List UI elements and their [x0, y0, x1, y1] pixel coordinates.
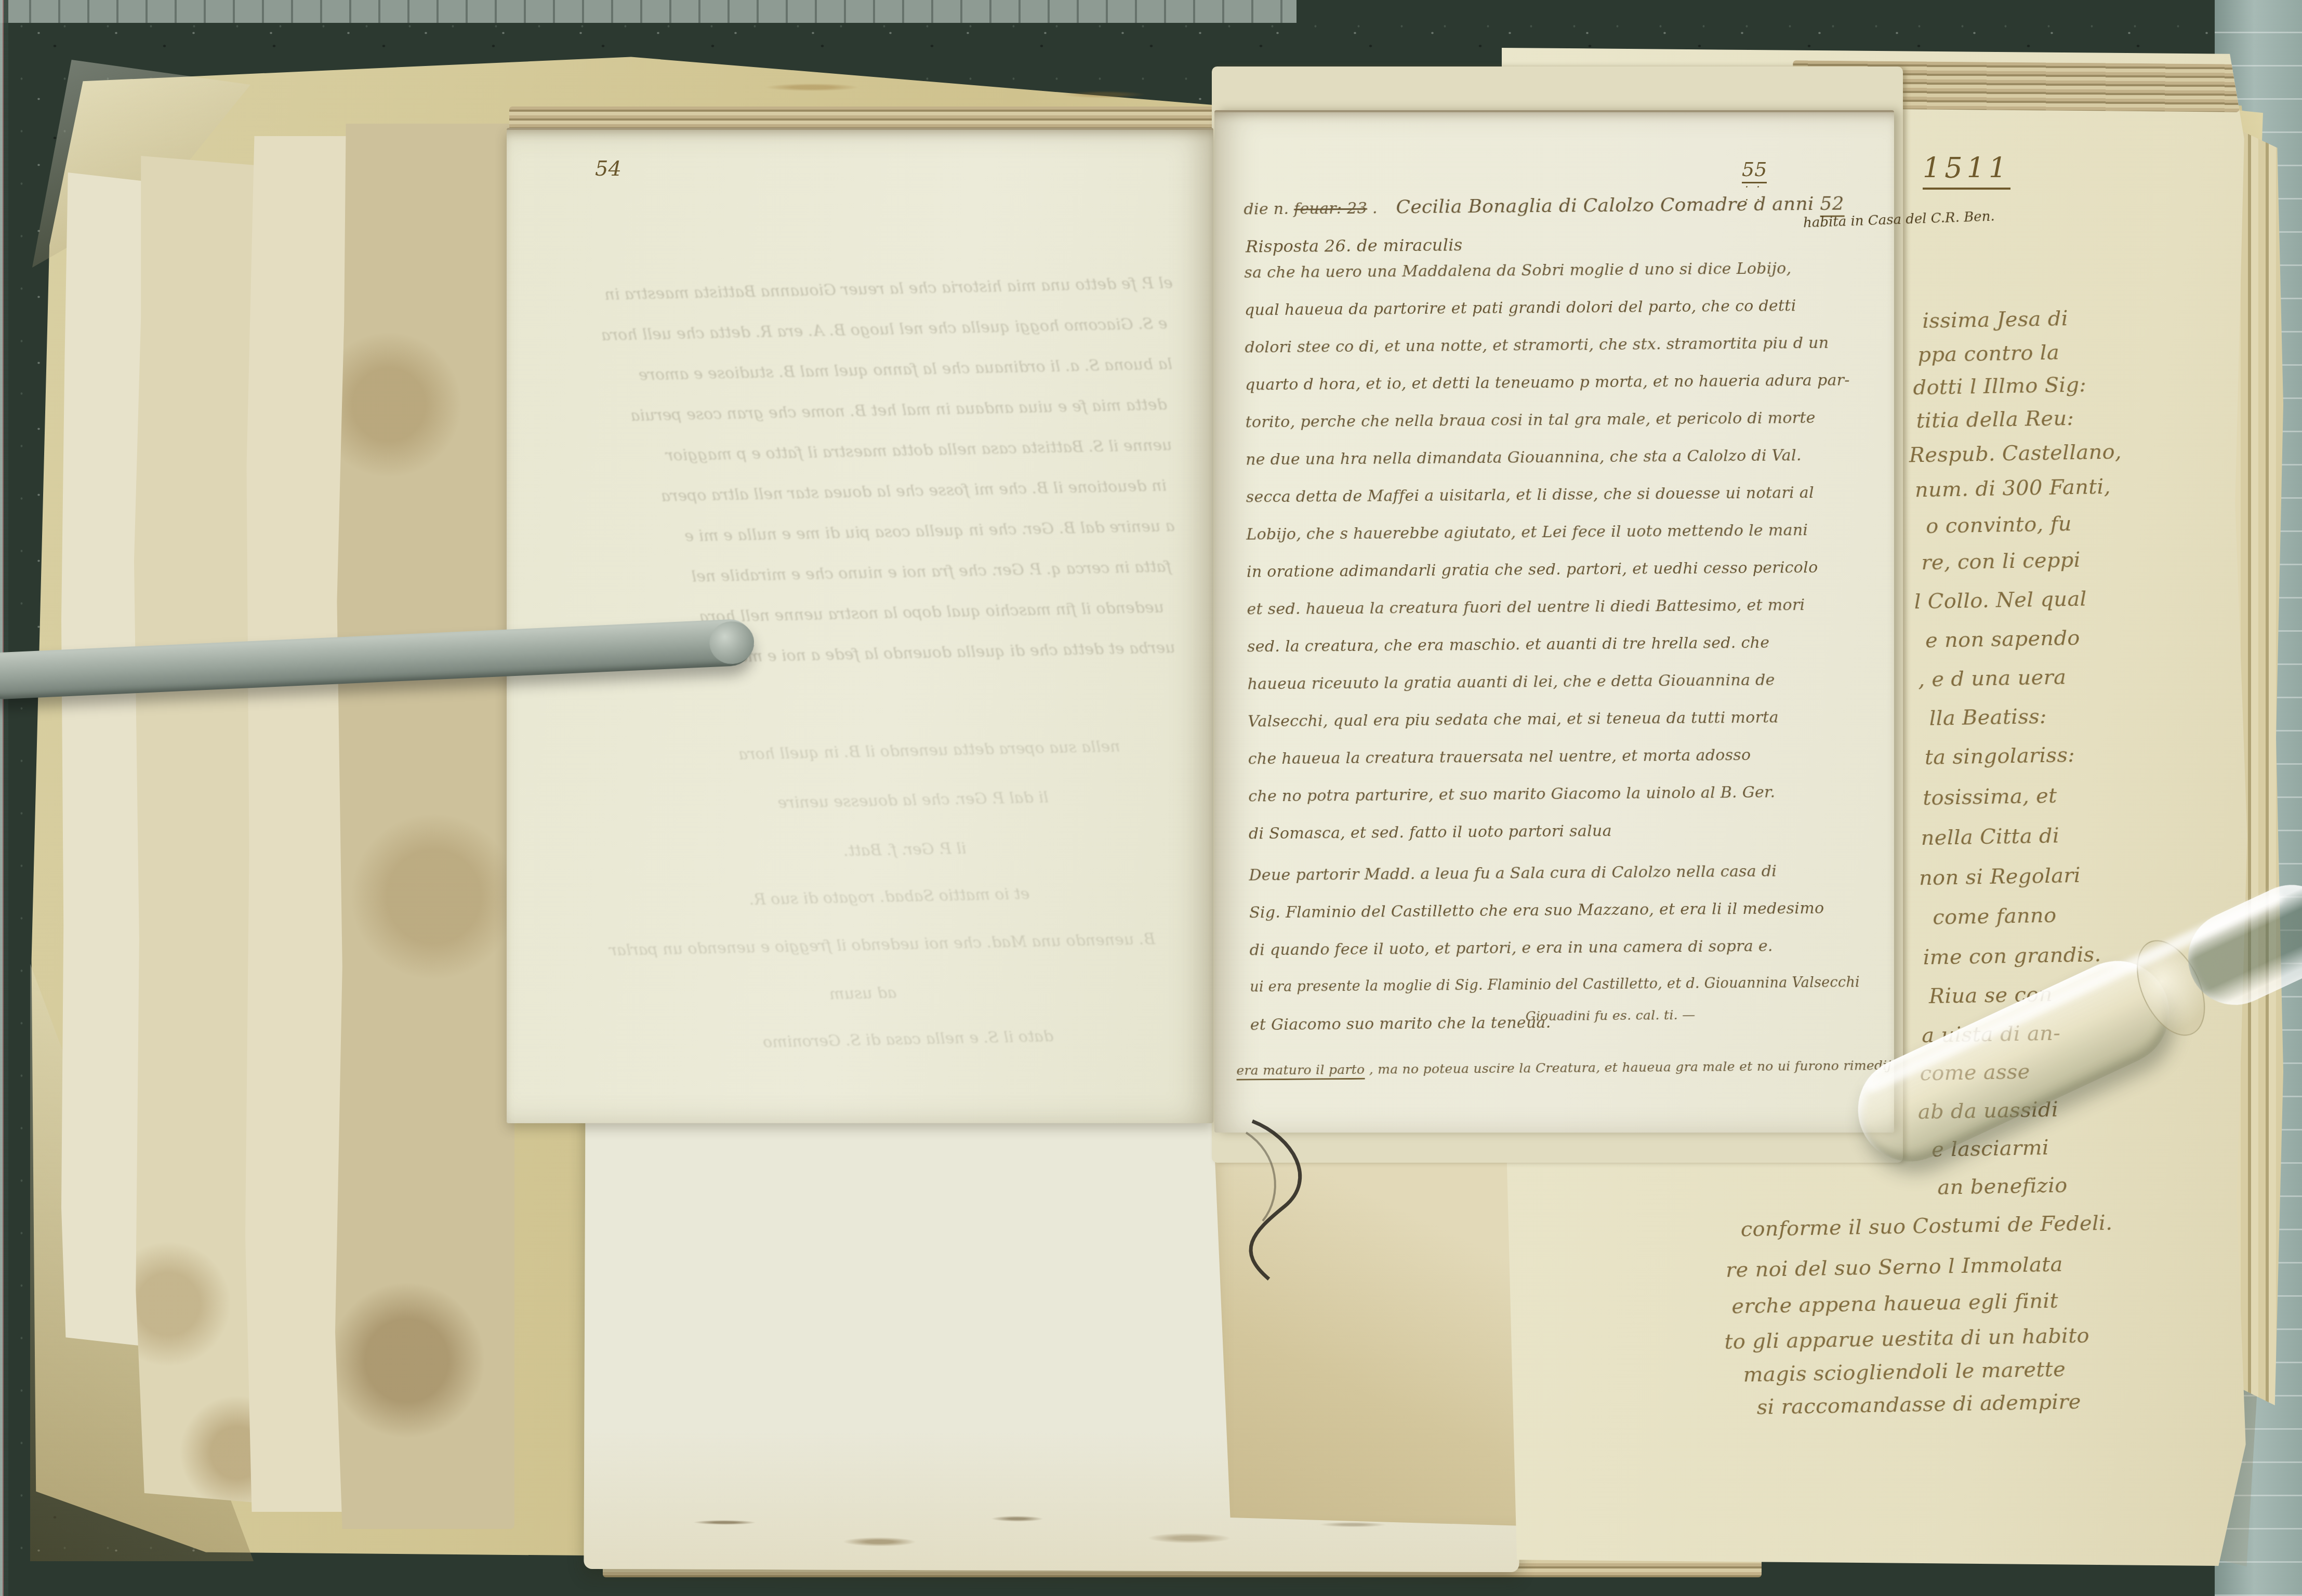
text-line: Sig. Flaminio del Castilletto che era su…	[1249, 901, 1824, 921]
page-number-55-wrap: 55 · · · ·	[1742, 158, 1767, 181]
ghost-line: nella sua opera detta uenendo il B. in q…	[738, 738, 1120, 764]
letter-line: magis sciogliendoli le marette	[1743, 1359, 2066, 1385]
ghost-line: e S. Giacomo hoggi quella che nel luogo …	[601, 314, 1168, 344]
text-line: torito, perche che nella braua cosi in t…	[1246, 410, 1816, 431]
page-number-55: 55	[1742, 158, 1767, 183]
bleedthrough-text: el P. fe detto una mia historia che la r…	[528, 274, 1192, 1202]
page-stack-leaf-4	[335, 124, 514, 1529]
letter-line: dotti l Illmo Sig:	[1913, 374, 2086, 398]
text-line: sa che ha uero una Maddalena da Sobri mo…	[1244, 261, 1791, 281]
letter-line: re, con li ceppi	[1921, 550, 2081, 573]
letter-line: conforme il suo Costumi de Fedeli.	[1740, 1213, 2112, 1240]
text-line: et Giacomo suo marito che la teneua.	[1250, 1015, 1551, 1033]
letter-line: ppa contro la	[1917, 342, 2059, 365]
folio-number: 1511	[1923, 152, 2010, 190]
letter-line: an benefizio	[1937, 1175, 2068, 1198]
letter-line: e non sapendo	[1925, 628, 2080, 651]
text-line: Deue partorir Madd. a leua fu a Sala cur…	[1249, 864, 1777, 884]
ghost-line: a uenire dal B. Ger. che in quella cosa …	[684, 517, 1175, 546]
letter-line: lla Beatiss:	[1929, 706, 2047, 729]
letter-line: erche appena haueua egli finit	[1731, 1291, 2058, 1317]
footer-underlined: era maturo il parto	[1236, 1062, 1365, 1081]
text-line: haueua riceuuto la gratia auanti di lei,…	[1248, 673, 1775, 693]
text-line: qual haueua da partorire et pati grandi …	[1245, 298, 1796, 318]
witness-name: Cecilia Bonaglia di Calolzo Comadre d an…	[1396, 193, 1820, 218]
ghost-line: uenne il S. Battista casa nella dotta ma…	[666, 436, 1172, 464]
ghost-line: fatta in cerca q. P. Ger. che fra noi e …	[691, 557, 1171, 586]
ghost-line: la buona S. a. li ordinaua che la fanno …	[638, 355, 1172, 384]
text-line: secca detta de Maffei a uisitarla, et li…	[1246, 485, 1814, 506]
cradle-strip-top	[0, 0, 1296, 23]
text-line: di quando fece il uoto, et partori, e er…	[1250, 939, 1773, 959]
letter-line: tosissima, et	[1923, 786, 2057, 808]
text-line: Lobijo, che s hauerebbe agiutato, et Lei…	[1246, 523, 1808, 542]
ghost-line: uerba et detta che di quella douendo la …	[733, 639, 1175, 666]
ghost-line: dato il S. e nella casa di S. Geronimo	[763, 1027, 1054, 1052]
side-note: Giouadini fu es. cal. ti. —	[1526, 1008, 1696, 1023]
letter-line: ta singolariss:	[1925, 744, 2075, 768]
footer-rest: , ma no poteua uscire la Creatura, et ha…	[1369, 1058, 1891, 1077]
letter-line: come fanno	[1933, 905, 2057, 928]
letter-line: re noi del suo Serno l Immolata	[1726, 1254, 2063, 1281]
text-line: in oratione adimandarli gratia che sed. …	[1247, 560, 1818, 580]
cradle-strip-left	[0, 0, 8, 1596]
text-line: ui era presente la moglie di Sig. Flamin…	[1250, 975, 1860, 994]
letter-line: l Collo. Nel qual	[1914, 589, 2087, 613]
letter-line: si raccomandasse di adempire	[1756, 1391, 2081, 1418]
ghost-line: ad usum	[829, 984, 897, 1004]
ghost-line: in deuotione il B. che mi fosse che la d…	[661, 477, 1167, 506]
page-number-54: 54	[595, 157, 621, 181]
ghost-line: el P. fe detto una mia historia che la r…	[604, 274, 1173, 304]
text-line: che haueua la creatura trauersata nel ue…	[1248, 748, 1751, 767]
text-line: quarto d hora, et io, et detti la teneua…	[1245, 373, 1850, 393]
ghost-line: detta mia fe e uiua andaua in mal het B.…	[630, 395, 1167, 425]
page-edges-top-left	[509, 107, 1213, 130]
letter-line: ime con grandis.	[1923, 944, 2101, 968]
ghost-line: uedendo il fin maschio qual dopo la nost…	[699, 598, 1164, 627]
entry-header: die n. feuar: 23 . Cecilia Bonaglia di C…	[1243, 194, 1844, 218]
header-struck: feuar: 23	[1294, 199, 1367, 218]
letter-line: issima Jesa di	[1922, 308, 2068, 331]
manuscript-photo: 1511 issima Jesa di ppa contro la dotti …	[0, 0, 2302, 1596]
footer-line: era maturo il parto , ma no poteua uscir…	[1236, 1059, 1891, 1077]
text-line: sed. la creatura, che era maschio. et au…	[1247, 635, 1769, 655]
letter-line: nella Citta di	[1921, 826, 2059, 849]
text-line: che no potra parturire, et suo marito Gi…	[1248, 785, 1775, 805]
letter-line: Respub. Castellano,	[1909, 441, 2122, 465]
ghost-line: et io mattio Sabad. rogato di suo R.	[749, 885, 1030, 909]
letter-line: o convinto, fu	[1926, 513, 2072, 537]
binding-thread	[1221, 1117, 1377, 1288]
letter-line: titia della Reu:	[1916, 408, 2074, 431]
text-line: di Somasca, et sed. fatto il uoto partor…	[1249, 823, 1612, 842]
article-subheader: Risposta 26. de miraculis	[1246, 236, 1463, 255]
text-line: ne due una hra nella dimandata Giouannin…	[1246, 448, 1802, 468]
ghost-line: li dal P. Ger. che la douesse uenire	[777, 788, 1049, 812]
letter-line: non si Regolari	[1919, 865, 2081, 888]
letter-line: , e d una uera	[1918, 667, 2066, 690]
text-line: dolori stee co di, et una notte, et stra…	[1245, 336, 1829, 356]
header-suffix: .	[1372, 199, 1378, 218]
text-line: Valsecchi, qual era piu sedata che mai, …	[1248, 710, 1779, 730]
letter-line: to gli apparue uestita di un habito	[1724, 1325, 2089, 1352]
right-page-55: 55 · · · · die n. feuar: 23 . Cecilia Bo…	[1214, 110, 1894, 1133]
header-date: die n.	[1243, 200, 1289, 219]
letter-line: num. di 300 Fanti,	[1915, 476, 2111, 501]
ghost-line: B. uenendo una Mad. che noi uedendo il f…	[609, 930, 1155, 960]
text-line: et sed. haueua la creatura fuori del uen…	[1247, 597, 1805, 617]
ghost-line: il P. Ger. f. Batt.	[843, 840, 967, 860]
